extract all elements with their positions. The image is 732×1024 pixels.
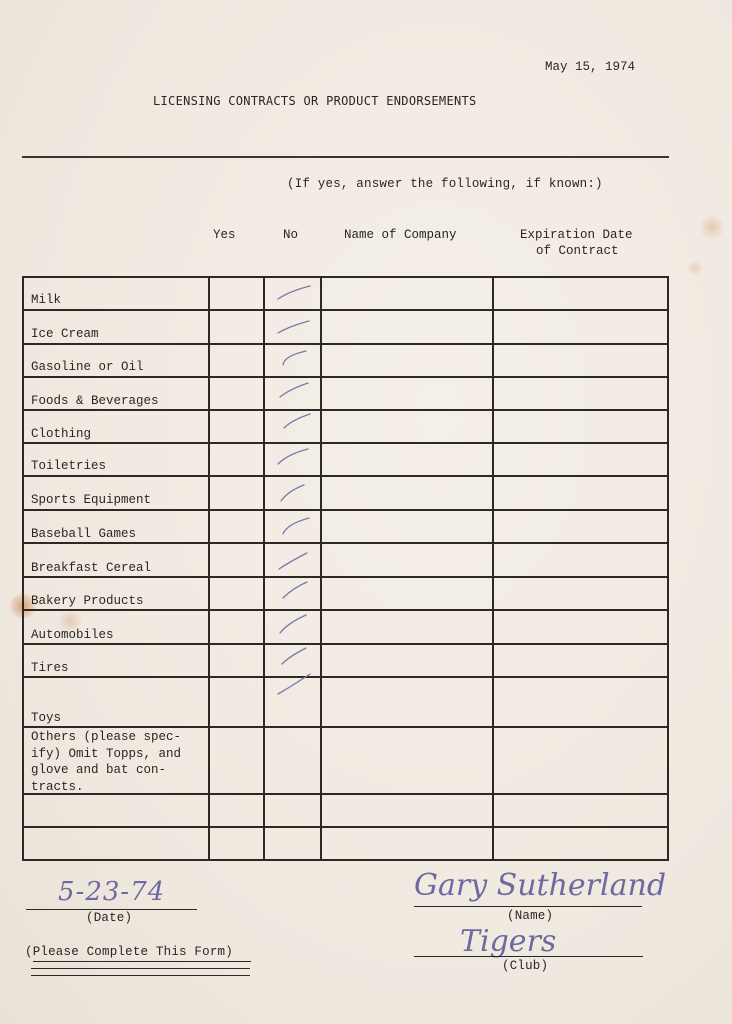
table-row-divider bbox=[22, 442, 669, 444]
no-check-mark-baseball-games[interactable] bbox=[281, 517, 317, 533]
row-label-bakery-products: Bakery Products bbox=[31, 594, 144, 608]
table-column-divider bbox=[263, 276, 265, 860]
table-row-divider bbox=[22, 343, 669, 345]
no-check-mark-gasoline[interactable] bbox=[280, 350, 316, 366]
table-row-divider bbox=[22, 726, 669, 728]
note-double-underline bbox=[31, 968, 250, 969]
table-column-divider bbox=[320, 276, 322, 860]
row-label-automobiles: Automobiles bbox=[31, 628, 114, 642]
no-check-mark-clothing[interactable] bbox=[282, 413, 318, 429]
please-complete-note: (Please Complete This Form) bbox=[25, 945, 233, 959]
no-check-mark-toiletries[interactable] bbox=[276, 448, 312, 464]
row-label-sports-equipment: Sports Equipment bbox=[31, 493, 151, 507]
table-row-divider bbox=[22, 643, 669, 645]
table-column-divider bbox=[208, 276, 210, 860]
table-border bbox=[667, 276, 669, 860]
table-row-divider bbox=[22, 676, 669, 678]
form-page: May 15, 1974 LICENSING CONTRACTS OR PROD… bbox=[0, 0, 732, 1024]
name-signature-line bbox=[414, 906, 642, 907]
row-label-foods-beverages: Foods & Beverages bbox=[31, 394, 159, 408]
no-check-mark-tires[interactable] bbox=[280, 648, 316, 664]
table-border bbox=[22, 859, 669, 861]
row-label-gasoline-or-oil: Gasoline or Oil bbox=[31, 360, 144, 374]
row-label-toiletries: Toiletries bbox=[31, 459, 106, 473]
no-check-mark-milk[interactable] bbox=[276, 285, 312, 301]
table-row-divider bbox=[22, 309, 669, 311]
table-row-divider bbox=[22, 826, 669, 828]
table-row-divider bbox=[22, 475, 669, 477]
row-label-tires: Tires bbox=[31, 661, 69, 675]
row-label-others: Others (please spec- ify) Omit Topps, an… bbox=[31, 729, 181, 795]
table-row-divider bbox=[22, 509, 669, 511]
note-double-underline bbox=[31, 975, 250, 976]
handwritten-date[interactable]: 5-23-74 bbox=[58, 877, 165, 907]
row-label-toys: Toys bbox=[31, 711, 61, 725]
table-row-divider bbox=[22, 409, 669, 411]
no-check-mark-foods[interactable] bbox=[278, 382, 314, 398]
table-row-divider bbox=[22, 376, 669, 378]
table-row-divider bbox=[22, 609, 669, 611]
row-label-ice-cream: Ice Cream bbox=[31, 327, 99, 341]
row-label-breakfast-cereal: Breakfast Cereal bbox=[31, 561, 151, 575]
table-border bbox=[22, 276, 669, 278]
row-label-clothing: Clothing bbox=[31, 427, 91, 441]
no-check-mark-breakfast-cereal[interactable] bbox=[277, 553, 313, 569]
club-signature-line bbox=[414, 956, 643, 957]
name-label: (Name) bbox=[507, 909, 553, 923]
no-check-mark-bakery-products[interactable] bbox=[281, 582, 317, 598]
handwritten-club[interactable]: Tigers bbox=[460, 924, 556, 959]
date-label: (Date) bbox=[86, 911, 132, 925]
row-label-baseball-games: Baseball Games bbox=[31, 527, 136, 541]
table-border bbox=[22, 276, 24, 860]
row-label-milk: Milk bbox=[31, 293, 61, 307]
handwritten-name-signature[interactable]: Gary Sutherland bbox=[414, 868, 666, 903]
table-column-divider bbox=[492, 276, 494, 860]
table-row-divider bbox=[22, 542, 669, 544]
no-check-mark-ice-cream[interactable] bbox=[276, 319, 312, 335]
no-check-mark-toys[interactable] bbox=[276, 676, 312, 692]
no-check-mark-automobiles[interactable] bbox=[278, 615, 314, 631]
no-check-mark-sports-equipment[interactable] bbox=[278, 485, 314, 501]
table-row-divider bbox=[22, 576, 669, 578]
club-label: (Club) bbox=[502, 959, 548, 973]
note-underline bbox=[33, 961, 251, 962]
